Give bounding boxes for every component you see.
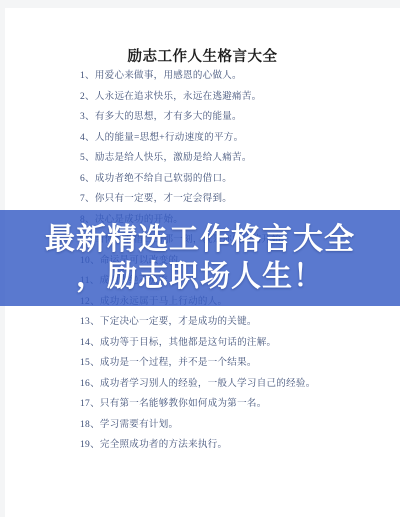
quote-item: 14、成功等于目标，其他都是这句话的注解。 xyxy=(80,333,392,354)
quote-item: 1、用爱心来做事，用感恩的心做人。 xyxy=(80,66,392,87)
top-margin-strip xyxy=(0,0,400,8)
quote-item: 2、人永远在追求快乐，永远在逃避痛苦。 xyxy=(80,87,392,108)
quote-item: 6、成功者绝不给自己软弱的借口。 xyxy=(80,169,392,190)
quote-item: 3、有多大的思想，才有多大的能量。 xyxy=(80,107,392,128)
quote-item: 18、学习需要有计划。 xyxy=(80,415,392,436)
quote-item: 17、只有第一名能够教你如何成为第一名。 xyxy=(80,394,392,415)
quote-item: 5、励志是给人快乐，激励是给人痛苦。 xyxy=(80,148,392,169)
quote-item: 15、成功是一个过程，并不是一个结果。 xyxy=(80,353,392,374)
promo-banner-line1: 最新精选工作格言大全 xyxy=(45,221,355,258)
quote-item: 7、你只有一定要，才一定会得到。 xyxy=(80,189,392,210)
promo-banner-line2: ，励志职场人生！ xyxy=(76,258,324,295)
quote-item: 4、人的能量=思想+行动速度的平方。 xyxy=(80,128,392,149)
quote-item: 13、下定决心一定要，才是成功的关键。 xyxy=(80,312,392,333)
quote-item: 16、成功者学习别人的经验，一般人学习自己的经验。 xyxy=(80,374,392,395)
page-title: 励志工作人生格言大全 xyxy=(5,8,400,66)
promo-banner-overlay: 最新精选工作格言大全 ，励志职场人生！ xyxy=(0,210,400,306)
quote-item: 19、完全照成功者的方法来执行。 xyxy=(80,435,392,456)
